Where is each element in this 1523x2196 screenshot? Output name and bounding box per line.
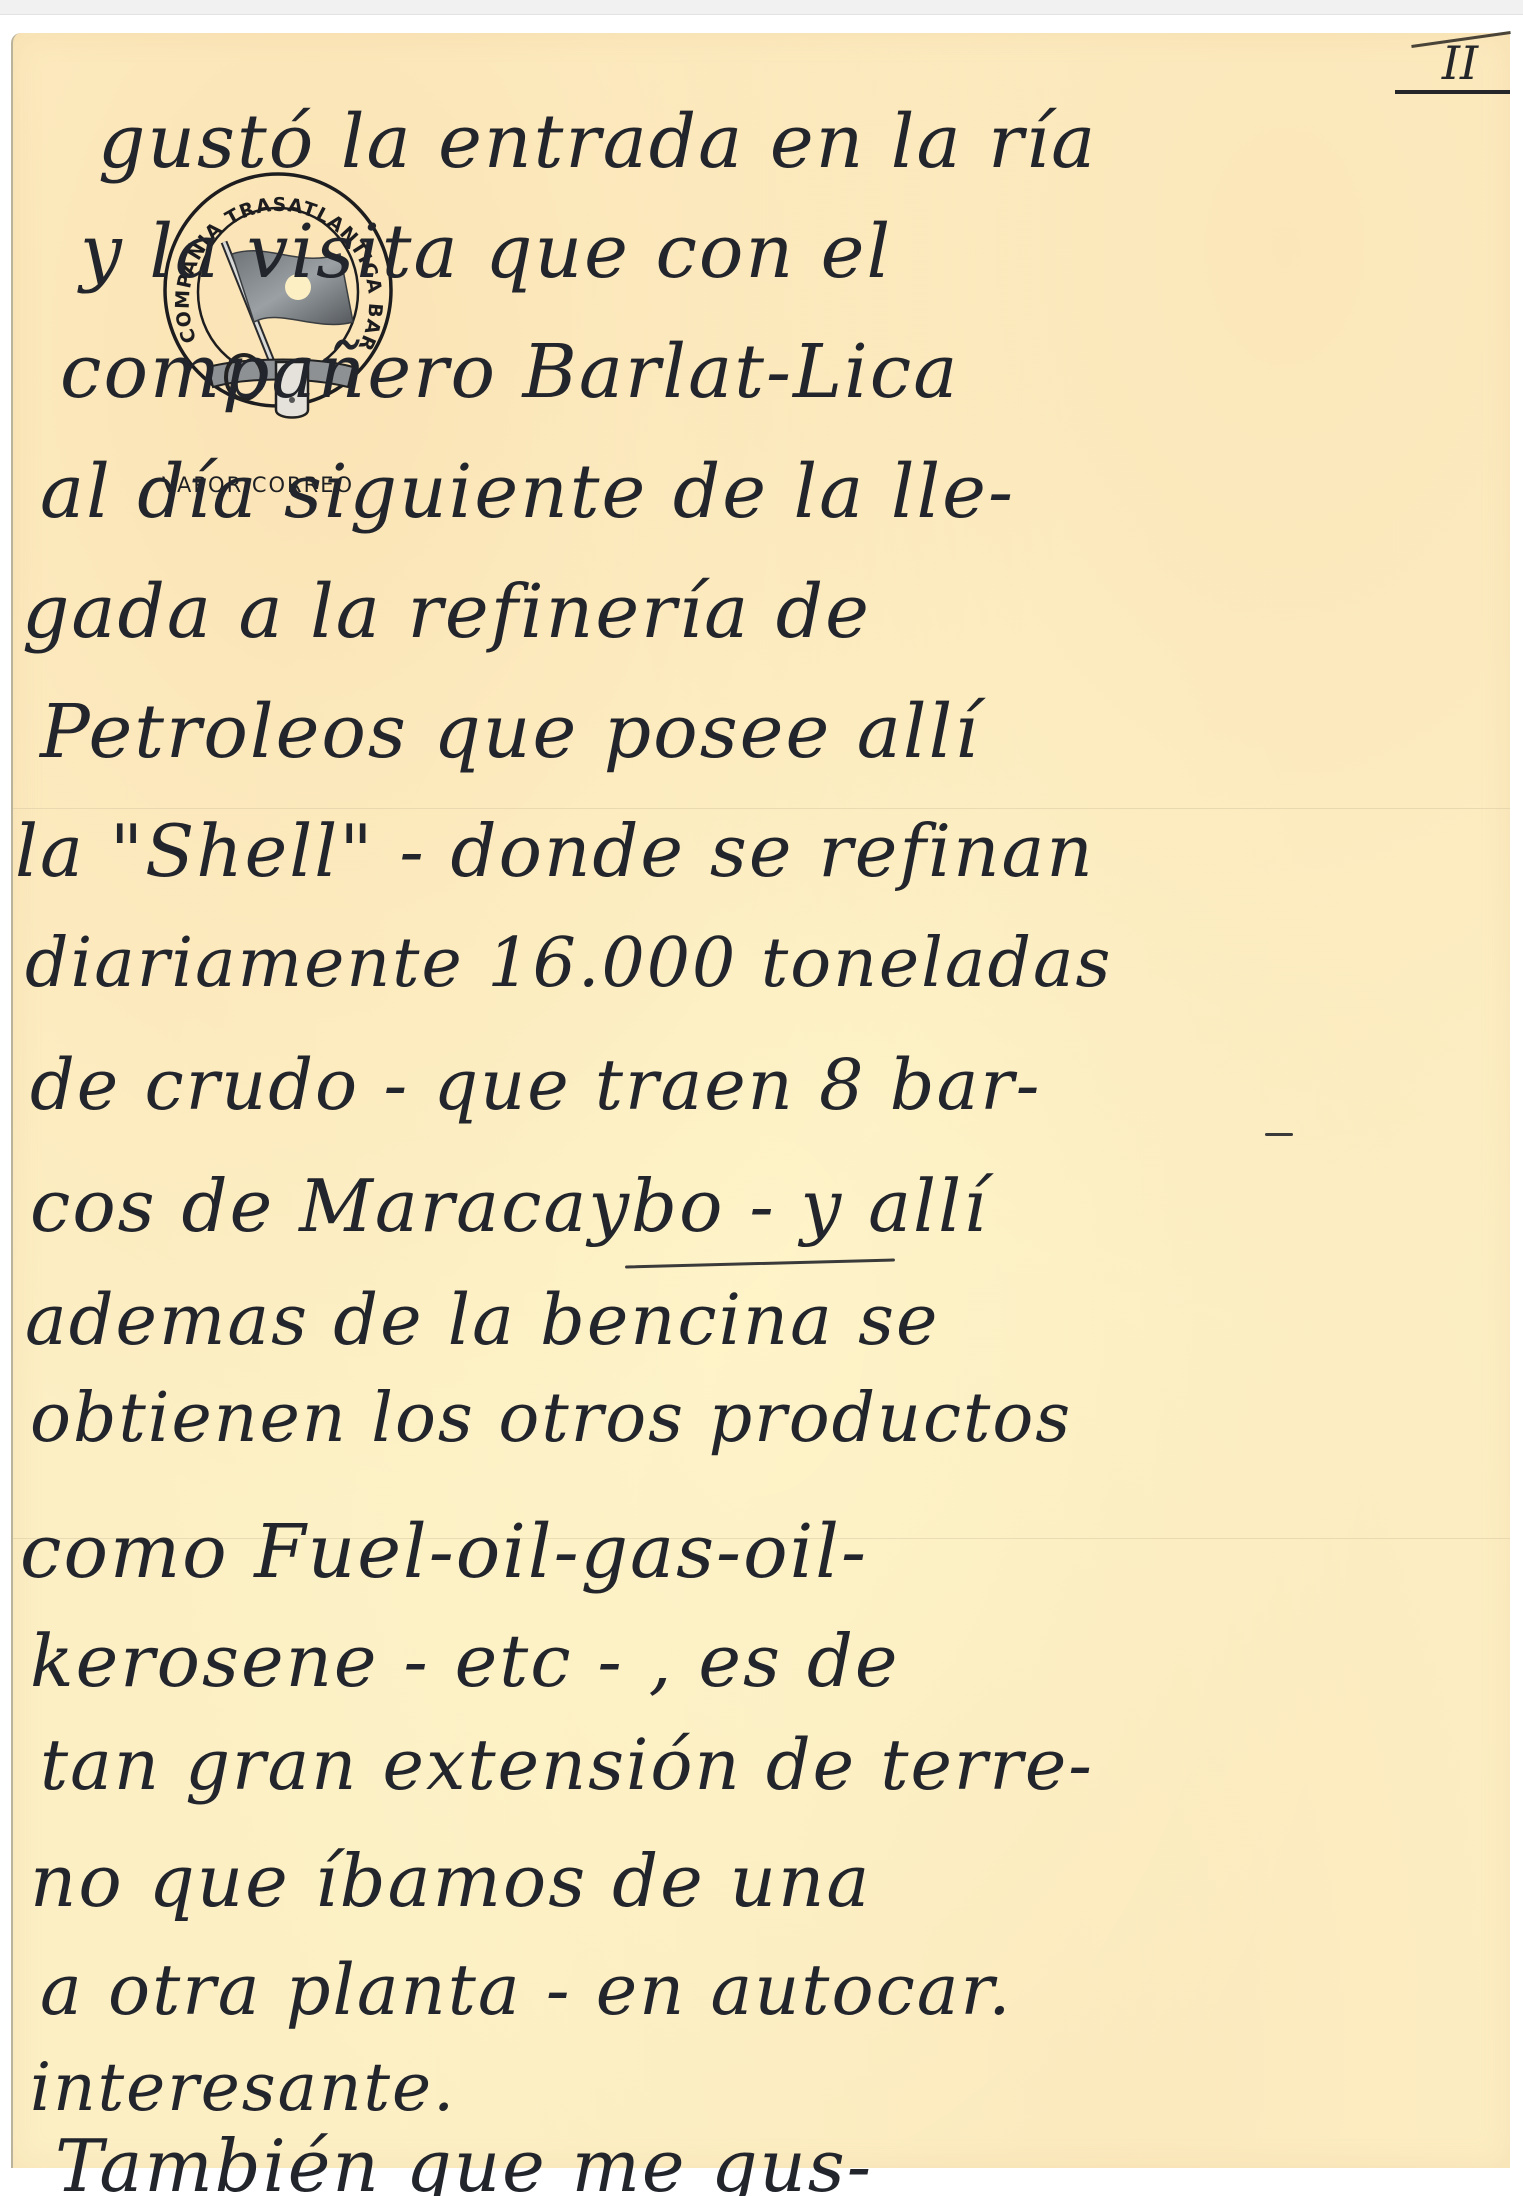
scanner-edge (0, 0, 1523, 15)
handwritten-line: kerosene - etc - , es de (30, 1625, 900, 1697)
handwritten-line: de crudo - que traen 8 bar- (30, 1050, 1041, 1120)
handwritten-line: gada a la refinería de (22, 575, 871, 649)
handwritten-line: al día siguiente de la lle- (40, 455, 1015, 529)
handwritten-line: cos de Maracaybo - y allí (30, 1170, 988, 1242)
handwritten-line: interesante. (30, 2055, 456, 2121)
handwritten-line: ademas de la bencina se (25, 1285, 939, 1355)
handwritten-line: gustó la entrada en la ría (98, 105, 1097, 179)
handwritten-line: no que íbamos de una (30, 1845, 871, 1917)
handwritten-line: tan gran extensión de terre- (40, 1730, 1094, 1800)
page-number: II (1415, 40, 1505, 86)
handwritten-line: compañero Barlat-Lica (60, 335, 959, 409)
handwritten-line: Petroleos que posee allí (40, 695, 980, 769)
handwritten-line: la "Shell" - donde se refinan (15, 815, 1095, 887)
handwritten-line: obtienen los otros productos (30, 1385, 1072, 1453)
handwritten-line: como Fuel-oil-gas-oil- (20, 1515, 868, 1589)
handwritten-line: a otra planta - en autocar. (40, 1955, 1013, 2025)
handwritten-line: diariamente 16.000 toneladas (25, 930, 1112, 998)
number-eight-underline (1265, 1133, 1293, 1136)
handwritten-line: También que me gus- (55, 2130, 873, 2196)
handwritten-line: y la visita que con el (80, 215, 892, 289)
